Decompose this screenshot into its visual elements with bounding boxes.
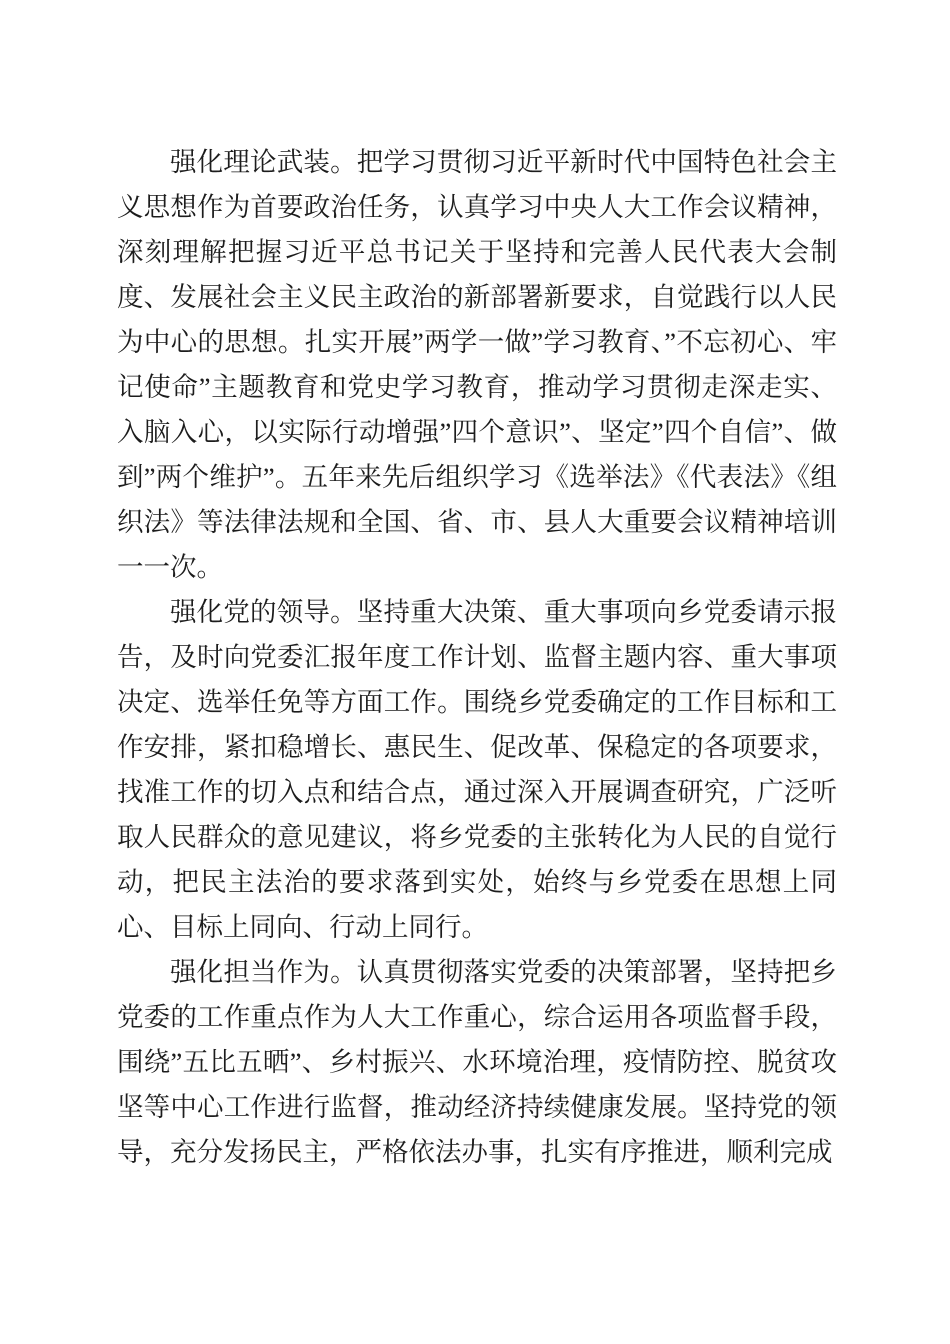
document-page: 强化理论武装。把学习贯彻习近平新时代中国特色社会主义思想作为首要政治任务，认真学… [0, 0, 950, 1344]
paragraph-responsibility: 强化担当作为。认真贯彻落实党委的决策部署，坚持把乡党委的工作重点作为人大工作重心… [117, 950, 837, 1175]
paragraph-theory-armament: 强化理论武装。把学习贯彻习近平新时代中国特色社会主义思想作为首要政治任务，认真学… [117, 140, 837, 590]
document-body: 强化理论武装。把学习贯彻习近平新时代中国特色社会主义思想作为首要政治任务，认真学… [117, 140, 837, 1175]
paragraph-party-leadership: 强化党的领导。坚持重大决策、重大事项向乡党委请示报告，及时向党委汇报年度工作计划… [117, 590, 837, 950]
